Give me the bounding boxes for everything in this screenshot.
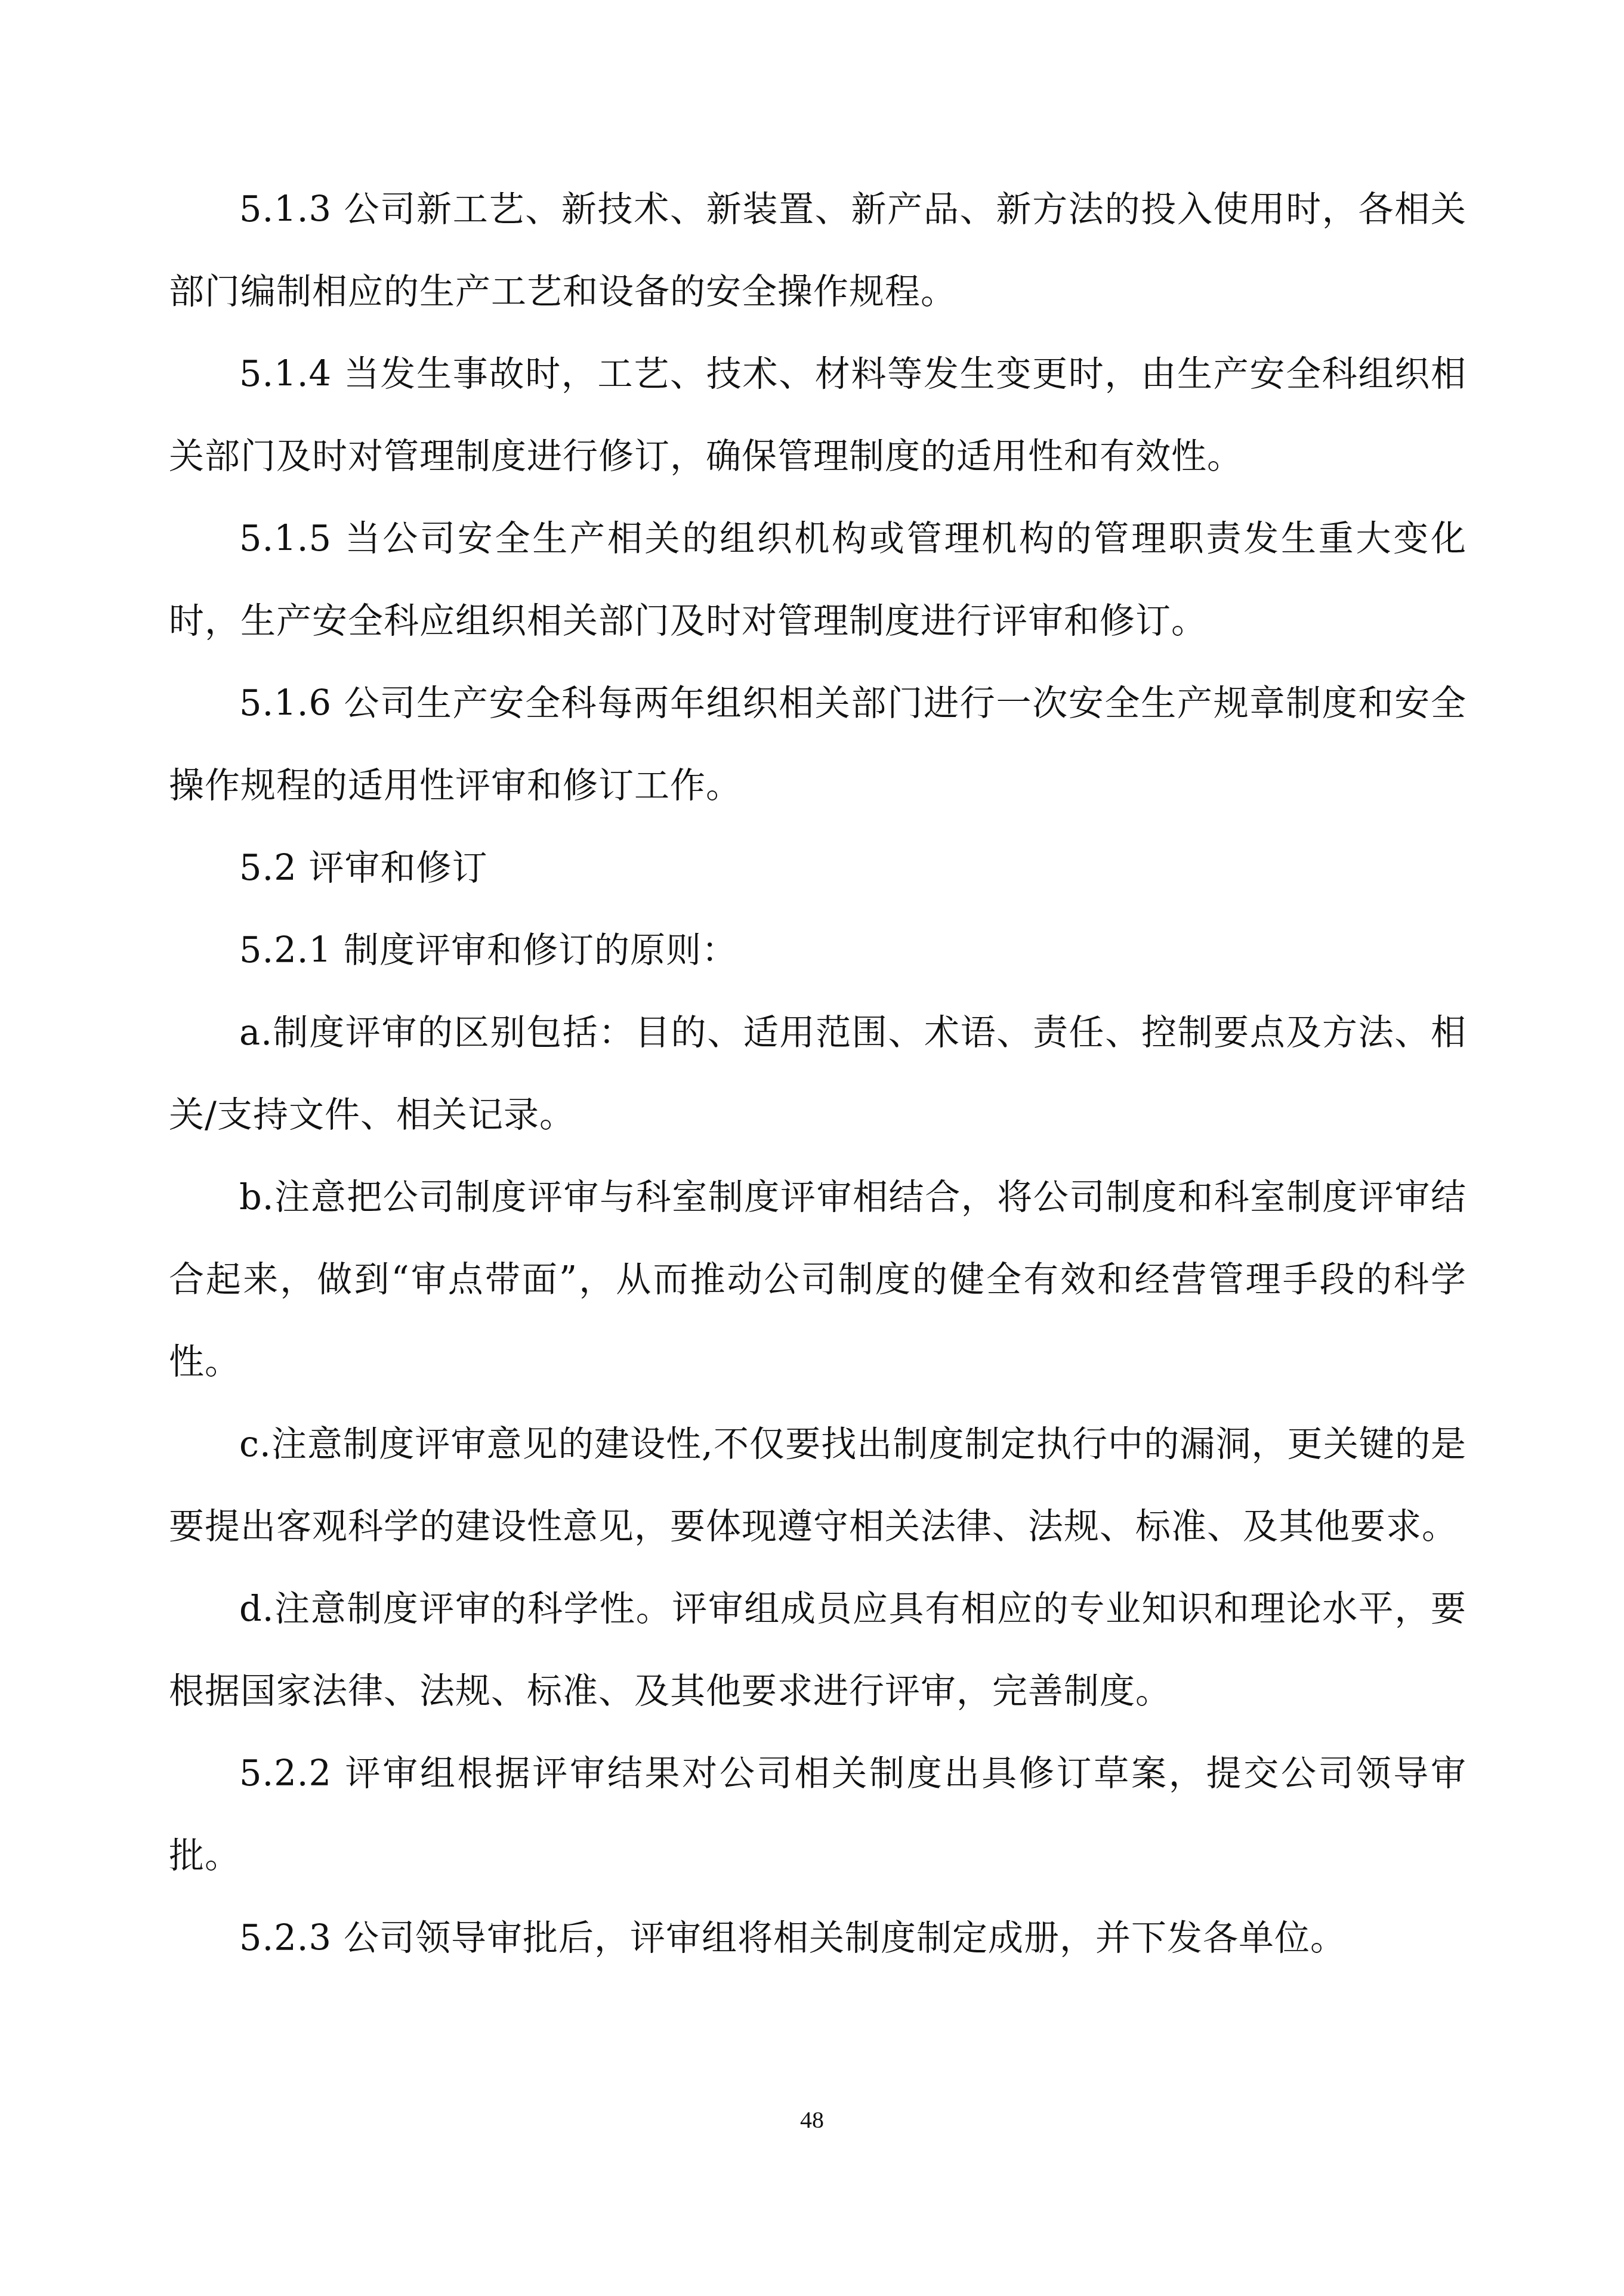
paragraph-item-d: d.注意制度评审的科学性。评审组成员应具有相应的专业知识和理论水平，要根据国家法… [169,1568,1466,1732]
paragraph-5-2-3: 5.2.3 公司领导审批后，评审组将相关制度制定成册，并下发各单位。 [169,1897,1466,1979]
paragraph-5-1-3: 5.1.3 公司新工艺、新技术、新装置、新产品、新方法的投入使用时，各相关部门编… [169,168,1466,333]
paragraph-item-b: b.注意把公司制度评审与科室制度评审相结合，将公司制度和科室制度评审结合起来，做… [169,1156,1466,1403]
paragraph-5-1-6: 5.1.6 公司生产安全科每两年组织相关部门进行一次安全生产规章制度和安全操作规… [169,662,1466,827]
paragraph-5-2-1: 5.2.1 制度评审和修订的原则： [169,909,1466,991]
paragraph-5-1-4: 5.1.4 当发生事故时，工艺、技术、材料等发生变更时，由生产安全科组织相关部门… [169,333,1466,497]
body-text: 5.1.3 公司新工艺、新技术、新装置、新产品、新方法的投入使用时，各相关部门编… [169,168,1466,1979]
page-number: 48 [0,2106,1624,2134]
document-page: 5.1.3 公司新工艺、新技术、新装置、新产品、新方法的投入使用时，各相关部门编… [0,0,1624,2296]
paragraph-item-c: c.注意制度评审意见的建设性,不仅要找出制度制定执行中的漏洞，更关键的是要提出客… [169,1403,1466,1568]
paragraph-5-1-5: 5.1.5 当公司安全生产相关的组织机构或管理机构的管理职责发生重大变化时，生产… [169,497,1466,662]
paragraph-item-a: a.制度评审的区别包括：目的、适用范围、术语、责任、控制要点及方法、相关/支持文… [169,991,1466,1156]
paragraph-5-2-2: 5.2.2 评审组根据评审结果对公司相关制度出具修订草案，提交公司领导审批。 [169,1732,1466,1897]
section-heading-5-2: 5.2 评审和修订 [169,827,1466,909]
